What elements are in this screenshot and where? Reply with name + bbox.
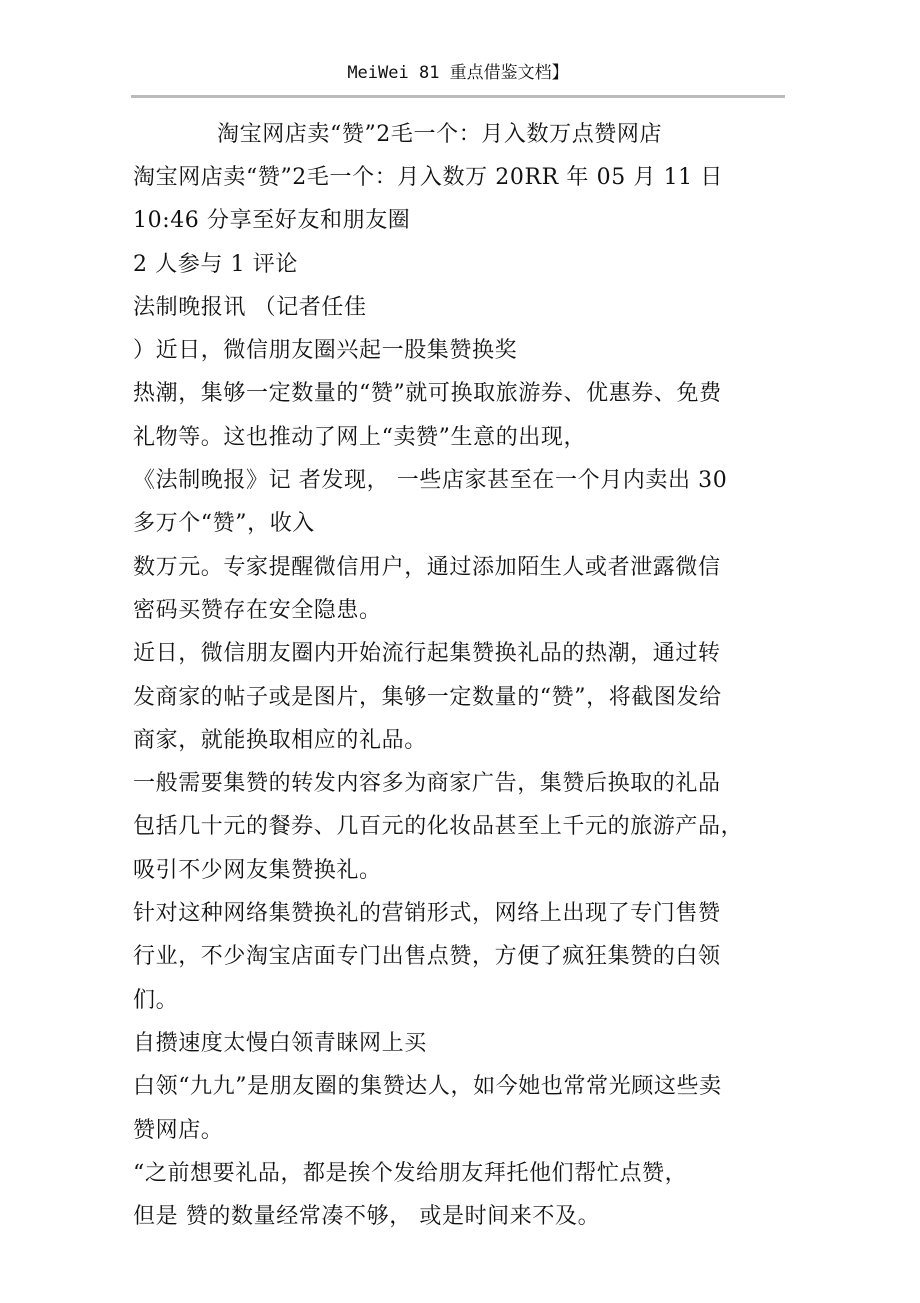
text-line: 密码买赞存在安全隐患。 — [133, 589, 789, 632]
document-body: 淘宝网店卖“赞”2毛一个：月入数万点赞网店 淘宝网店卖“赞”2毛一个：月入数万 … — [133, 113, 789, 1238]
text-line: “之前想要礼品，都是挨个发给朋友拜托他们帮忙点赞， — [133, 1152, 789, 1195]
header-divider — [131, 95, 785, 98]
text-line: 一般需要集赞的转发内容多为商家广告，集赞后换取的礼品 — [133, 762, 789, 805]
text-line: 针对这种网络集赞换礼的营销形式，网络上出现了专门售赞 — [133, 892, 789, 935]
text-line: 10:46 分享至好友和朋友圈 — [133, 199, 789, 242]
text-line: 行业，不少淘宝店面专门出售点赞，方便了疯狂集赞的白领 — [133, 935, 789, 978]
text-line: 《法制晚报》记 者发现， 一些店家甚至在一个月内卖出 30 — [133, 459, 789, 502]
text-line: 吸引不少网友集赞换礼。 — [133, 849, 789, 892]
section-subheading: 自攒速度太慢白领青睐网上买 — [133, 1022, 789, 1065]
text-line: 发商家的帖子或是图片，集够一定数量的“赞”，将截图发给 — [133, 676, 789, 719]
text-line: 白领“九九”是朋友圈的集赞达人，如今她也常常光顾这些卖 — [133, 1065, 789, 1108]
text-line: 法制晚报讯 （记者任佳 — [133, 286, 789, 329]
page-header: MeiWei 81 重点借鉴文档】 — [131, 0, 785, 98]
text-line: 多万个“赞”，收入 — [133, 502, 789, 545]
text-line: 们。 — [133, 979, 789, 1022]
text-line: 商家，就能换取相应的礼品。 — [133, 719, 789, 762]
text-line: 数万元。专家提醒微信用户，通过添加陌生人或者泄露微信 — [133, 546, 789, 589]
text-line: 赞网店。 — [133, 1109, 789, 1152]
text-line: 近日，微信朋友圈内开始流行起集赞换礼品的热潮，通过转 — [133, 632, 789, 675]
text-line: 淘宝网店卖“赞”2毛一个：月入数万 20RR 年 05 月 11 日 — [133, 156, 789, 199]
text-line: 热潮，集够一定数量的“赞”就可换取旅游券、优惠券、免费 — [133, 372, 789, 415]
text-line: 但是 赞的数量经常凑不够， 或是时间来不及。 — [133, 1195, 789, 1238]
text-line: ）近日，微信朋友圈兴起一股集赞换奖 — [133, 329, 789, 372]
document-title: 淘宝网店卖“赞”2毛一个：月入数万点赞网店 — [133, 113, 789, 156]
text-line: 包括几十元的餐券、几百元的化妆品甚至上千元的旅游产品， — [133, 805, 789, 848]
text-line: 礼物等。这也推动了网上“卖赞”生意的出现， — [133, 416, 789, 459]
header-text: MeiWei 81 重点借鉴文档】 — [131, 62, 785, 84]
text-line: 2 人参与 1 评论 — [133, 243, 789, 286]
